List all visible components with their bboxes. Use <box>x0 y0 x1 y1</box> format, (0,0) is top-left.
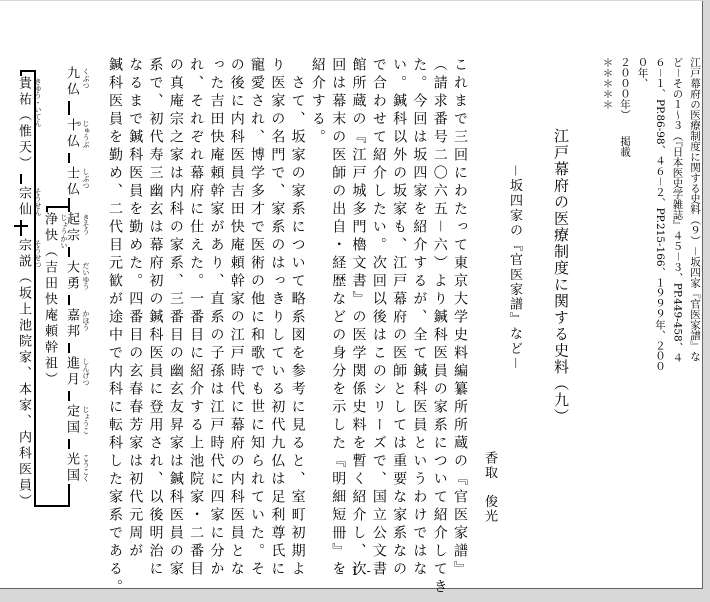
tree-sibling-tick <box>14 225 28 227</box>
citation-line: ど－その１～３（『日本医史学雑誌』４５－３、PP.449-458、４ <box>668 57 686 375</box>
tree-connector <box>68 206 70 212</box>
author-name: 香取 俊光 <box>480 451 499 524</box>
body-line: い。鍼科以外の坂家も、江戸幕府の医師としては重要な家系なの <box>389 57 409 602</box>
tree-node-name: 宗仙 <box>16 186 31 218</box>
page-number: - 1 - <box>316 564 396 578</box>
tree-node-sosen: 宗仙そうせん <box>14 186 33 218</box>
body-line: 館所蔵の『江戸城多門櫓文書』の医学関係史料を暫く紹介し、次 <box>348 57 368 602</box>
tree-connector <box>68 439 70 449</box>
viewer-background: 江戸幕府の医療制度に関する史料（９）－坂四家『官医家譜』な ど－その１～３（『日… <box>0 0 710 602</box>
tree-connector <box>46 206 48 212</box>
tree-node-name: 士仏 <box>64 166 79 198</box>
body-text: これまで三回にわたって東京大学史料編纂所所蔵の『官医家譜』 （請求番号二〇六五－… <box>104 57 470 602</box>
tree-node-jubutsu: 十仏じゅうぶつ <box>62 118 81 150</box>
tree-wrap-vertical-line <box>34 70 36 507</box>
header-citation: 江戸幕府の医療制度に関する史料（９）－坂四家『官医家譜』な ど－その１～３（『日… <box>553 57 703 375</box>
tree-connector <box>68 101 70 115</box>
body-line: 寵愛され、博学多才で医術の他に和歌でも世に知られていた。そ <box>247 57 267 602</box>
body-line: で合わせて紹介したい。次回以後はこのシリーズで、国立公文書 <box>369 57 389 602</box>
tree-connector <box>20 174 22 184</box>
body-line: 鍼科医員を勤め、二代目元歓が途中で内科に転科した家系である。 <box>105 57 125 602</box>
body-line: た。今回は坂四家を紹介するが、全て鍼科医員というわけではな <box>409 57 429 602</box>
body-line: 紹介する。 <box>308 57 328 602</box>
tree-node-furigana: くぶつ <box>82 68 90 89</box>
tree-node-furigana: じょうかい <box>60 214 68 249</box>
tree-node-name: 浄快（吉田快庵頼幹祖） <box>42 212 57 388</box>
tree-node-shingetsu: 進月しんげつ <box>62 356 81 388</box>
tree-connector <box>68 391 70 401</box>
tree-node-sosetsu: 宗説（坂上池院家、本家、内科医員）そうせつ <box>14 238 33 510</box>
citation-line: ２０００年） 掲載 <box>616 57 634 375</box>
body-line: った吉田快庵頼幹家があり、直系の子孫は江戸時代に四家に分か <box>206 57 226 602</box>
body-line: の真庵宗之家は内科の家系、三番目の幽玄友昇家は鍼科医員の家 <box>166 57 186 602</box>
citation-line: 江戸幕府の医療制度に関する史料（９）－坂四家『官医家譜』な <box>686 57 704 375</box>
tree-node-name: 光国 <box>64 452 79 484</box>
tree-connector <box>68 484 70 507</box>
tree-node-name: 宗説（坂上池院家、本家、内科医員） <box>16 238 31 510</box>
body-line: り医家の名門で、家系のはっきりしている初代九仏は足利尊氏に <box>267 57 287 602</box>
tree-node-jokoku: 定国じょうこく <box>62 404 81 436</box>
body-line: これまで三回にわたって東京大学史料編纂所所蔵の『官医家譜』 <box>450 57 470 602</box>
tree-node-furigana: かほう <box>82 310 90 331</box>
article-subtitle: －坂四家の『官医家譜』など－ <box>505 164 524 371</box>
tree-node-furigana: じょうこく <box>74 406 90 436</box>
body-line: れ、それぞれ幕府に仕えた。一番目に紹介する上池院家・二番目 <box>186 57 206 602</box>
tree-node-name: 嘉邦 <box>64 308 79 340</box>
tree-node-kokoku: 光国こうこく <box>62 452 81 484</box>
tree-wrap-bottom-bar <box>34 505 70 507</box>
tree-connector <box>68 198 70 206</box>
tree-node-name: 九仏 <box>64 66 79 98</box>
tree-node-daiyu: 大勇だいゆう <box>62 260 81 292</box>
genealogy-chart: 九仏くぶつ 十仏じゅうぶつ 士仏しぶつ 起宗きそう 大勇だいゆう 嘉邦かほう 進… <box>6 58 104 590</box>
tree-connector <box>68 295 70 305</box>
body-line: さて、坂家の家系について略系図を参考に見ると、室町初期よ <box>287 57 307 602</box>
tree-node-furigana: こうこく <box>82 454 90 482</box>
tree-node-furigana: じゅうぶつ <box>74 120 90 150</box>
tree-connector <box>68 153 70 163</box>
tree-node-name: 貴祐（惟天） <box>16 76 31 172</box>
body-line: なるまで鍼科医員を勤めた。四番目の玄春春芳家は初代元周が <box>125 57 145 602</box>
body-line: 回は幕末の医師の出自・経歴などの身分を示した『明細短冊』を <box>328 57 348 602</box>
tree-node-furigana: しぶつ <box>82 168 90 189</box>
tree-node-furigana: だいゆう <box>82 262 90 290</box>
tree-connector <box>20 220 22 236</box>
tree-wrap-top-bar <box>20 70 36 72</box>
tree-node-kiyu: 貴祐（惟天）きゆう・いてん <box>14 76 33 172</box>
body-line: 系で、初代寿三幽玄は幕府初の鍼科医員に登用され、以後明治に <box>145 57 165 602</box>
tree-node-kaho: 嘉邦かほう <box>62 308 81 340</box>
tree-node-name: 大勇 <box>64 260 79 292</box>
article-title: 江戸幕府の医療制度に関する史料（九） <box>551 128 572 425</box>
tree-node-jokai: 浄快（吉田快庵頼幹祖）じょうかい <box>40 212 59 388</box>
tree-node-furigana: きそう <box>82 214 90 235</box>
tree-node-kubutsu: 九仏くぶつ <box>62 66 81 98</box>
tree-connector <box>68 247 70 257</box>
tree-node-furigana: しんげつ <box>82 358 90 386</box>
body-line: の後に内科医員吉田快庵頼幹家の江戸時代に幕府の内科医員とな <box>226 57 246 602</box>
document-page: 江戸幕府の医療制度に関する史料（９）－坂四家『官医家譜』な ど－その１～３（『日… <box>0 1 703 589</box>
asterisk-row: ＊＊＊＊＊ <box>598 57 616 375</box>
citation-line: ６－１、PP.86-98、４６－２、PP.215-166、１９９９年、２０００年… <box>633 57 668 375</box>
tree-node-shibutsu: 士仏しぶつ <box>62 166 81 198</box>
body-line: （請求番号二〇六五－六）より鍼科医員の家系について紹介してき <box>429 57 449 602</box>
tree-node-name: 進月 <box>64 356 79 388</box>
tree-connector <box>68 343 70 353</box>
tree-branch-bar <box>46 206 70 208</box>
tree-connector <box>20 70 22 76</box>
